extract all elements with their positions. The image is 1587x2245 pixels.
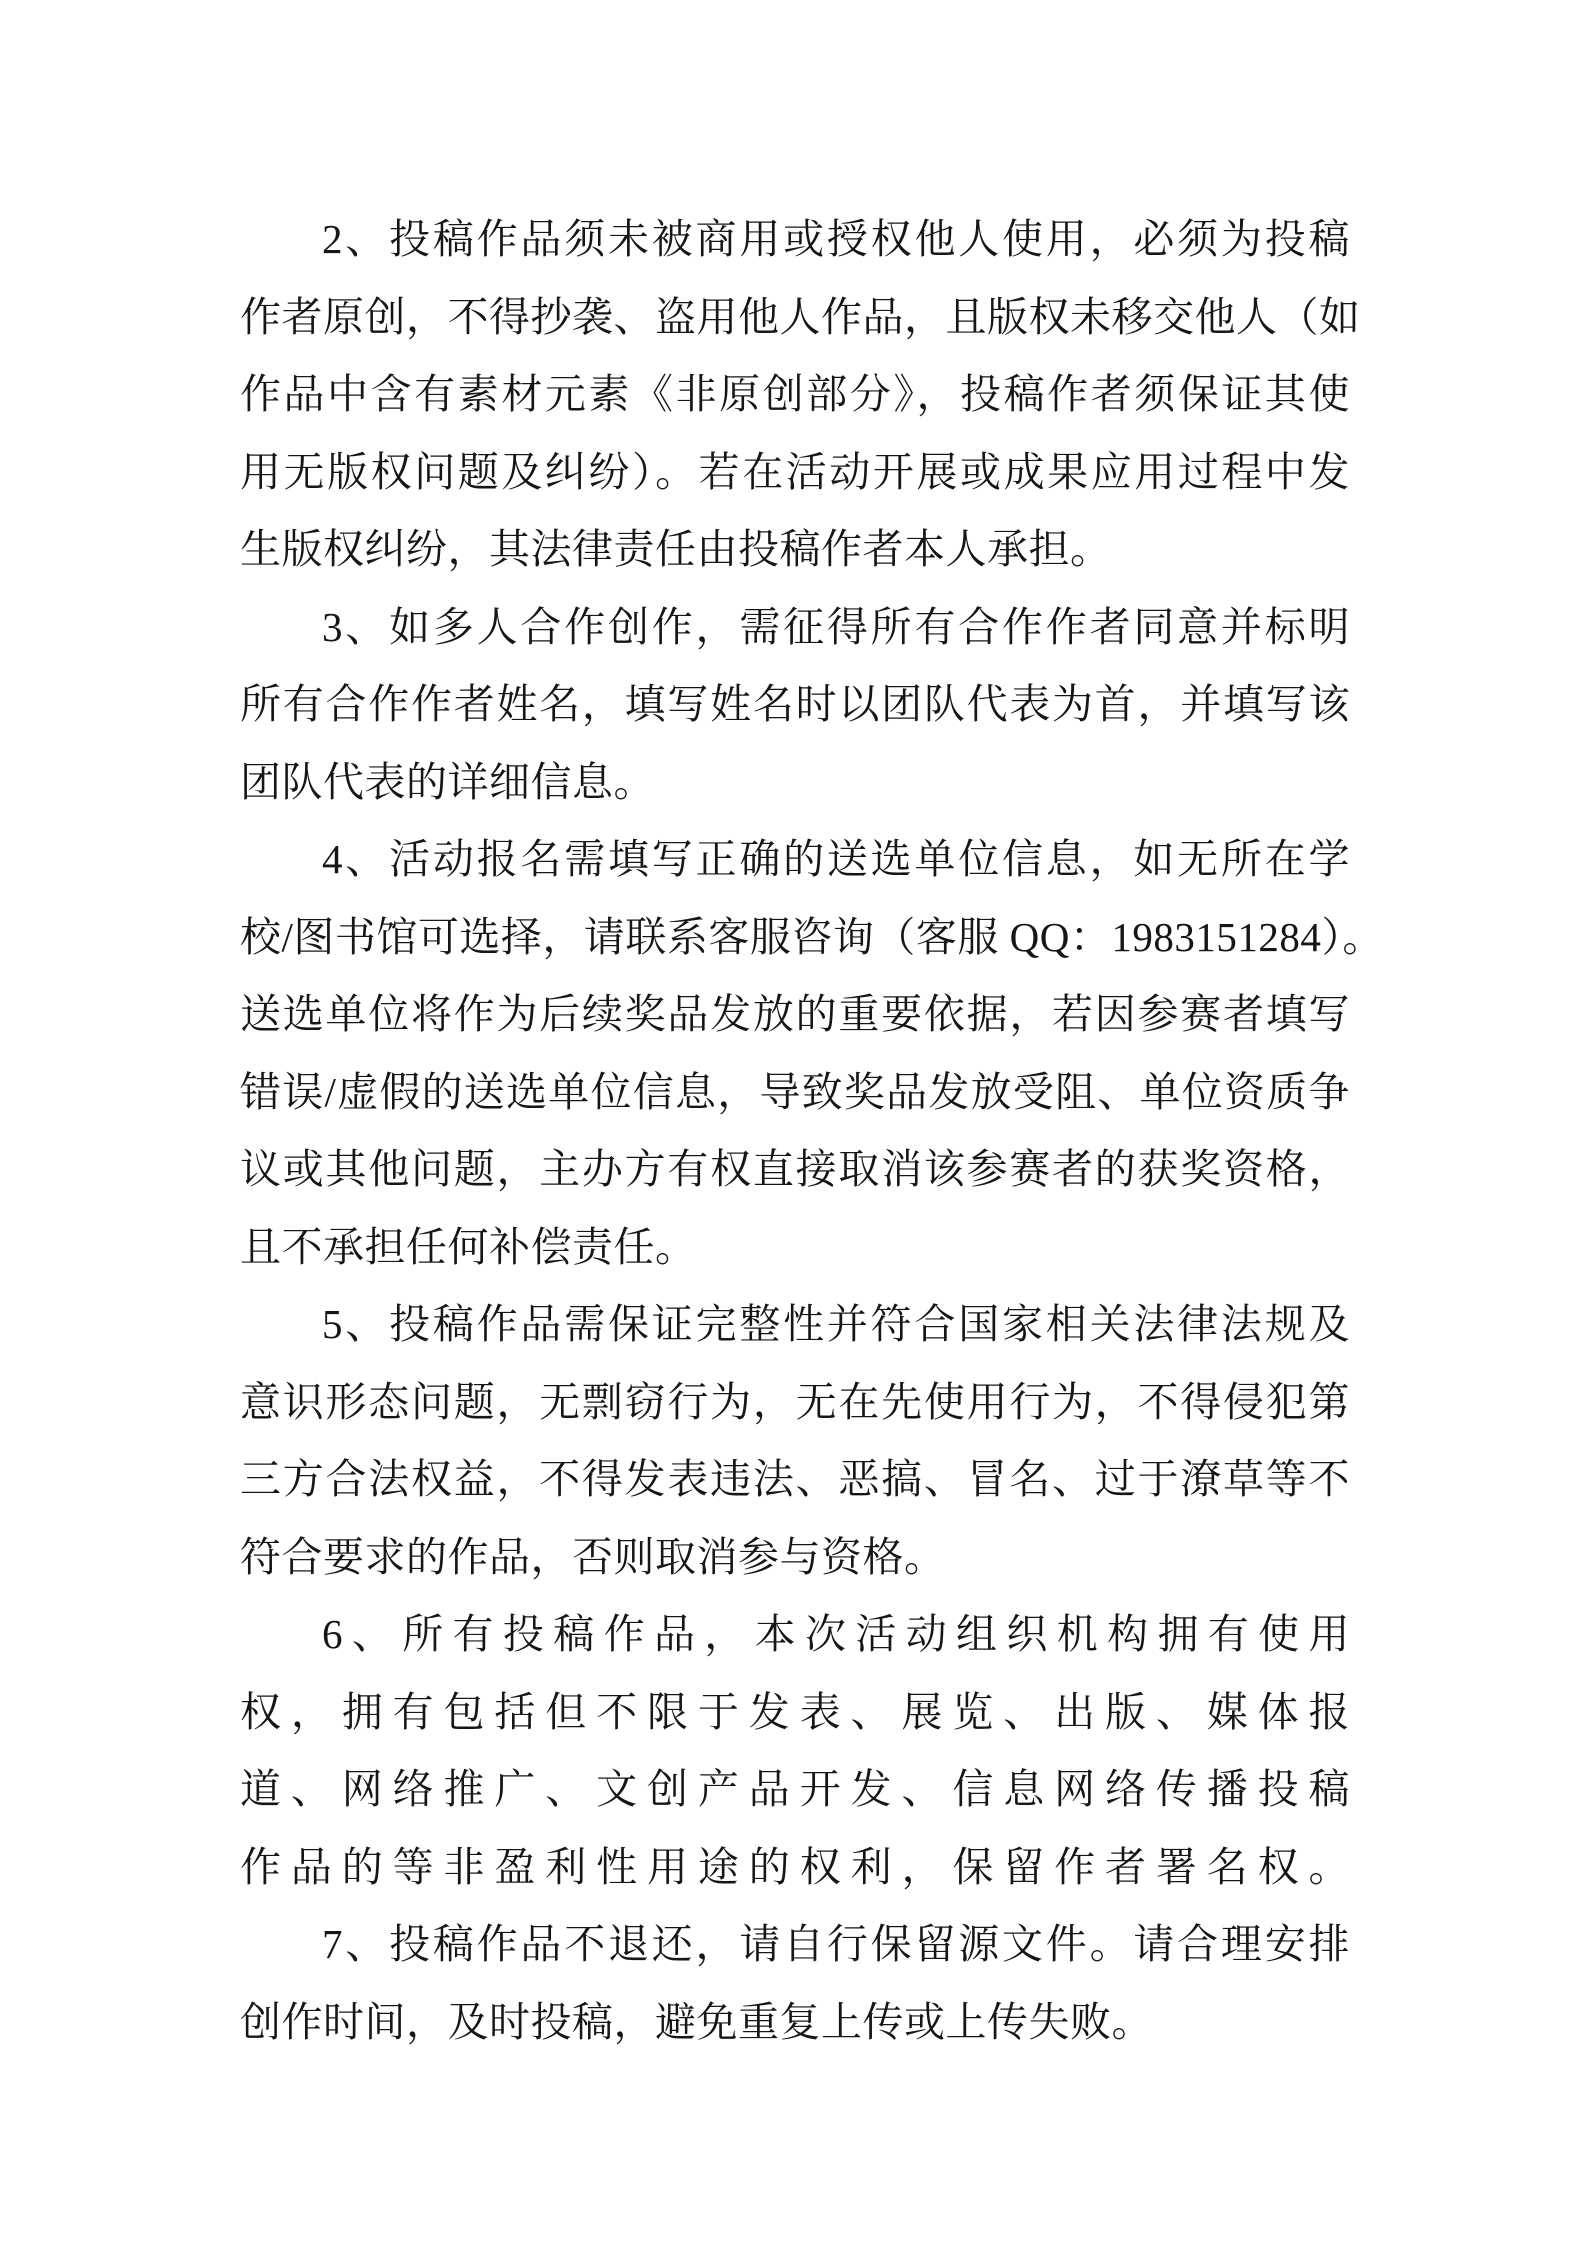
text-line: 4、活动报名需填写正确的送选单位信息，如无所在学	[240, 821, 1350, 899]
text-line: 团队代表的详细信息。	[240, 744, 1350, 822]
document-body: 2、投稿作品须未被商用或授权他人使用，必须为投稿作者原创，不得抄袭、盗用他人作品…	[240, 201, 1350, 2061]
text-line: 作品的等非盈利性用途的权利，保留作者署名权。	[240, 1829, 1350, 1907]
text-line: 权，拥有包括但不限于发表、展览、出版、媒体报	[240, 1674, 1350, 1752]
paragraph-4: 4、活动报名需填写正确的送选单位信息，如无所在学校/图书馆可选择，请联系客服咨询…	[240, 821, 1350, 1286]
text-line: 2、投稿作品须未被商用或授权他人使用，必须为投稿	[240, 201, 1350, 279]
text-line: 意识形态问题，无剽窃行为，无在先使用行为，不得侵犯第	[240, 1364, 1350, 1442]
text-line: 作者原创，不得抄袭、盗用他人作品，且版权未移交他人（如	[240, 279, 1350, 357]
paragraph-2: 2、投稿作品须未被商用或授权他人使用，必须为投稿作者原创，不得抄袭、盗用他人作品…	[240, 201, 1350, 589]
paragraph-5: 5、投稿作品需保证完整性并符合国家相关法律法规及意识形态问题，无剽窃行为，无在先…	[240, 1286, 1350, 1596]
text-line: 6、所有投稿作品，本次活动组织机构拥有使用	[240, 1596, 1350, 1674]
text-line: 送选单位将作为后续奖品发放的重要依据，若因参赛者填写	[240, 976, 1350, 1054]
paragraph-6: 6、所有投稿作品，本次活动组织机构拥有使用权，拥有包括但不限于发表、展览、出版、…	[240, 1596, 1350, 1906]
text-line: 用无版权问题及纠纷）。若在活动开展或成果应用过程中发	[240, 434, 1350, 512]
text-line: 符合要求的作品，否则取消参与资格。	[240, 1519, 1350, 1597]
text-line: 议或其他问题，主办方有权直接取消该参赛者的获奖资格，	[240, 1131, 1350, 1209]
text-line: 所有合作作者姓名，填写姓名时以团队代表为首，并填写该	[240, 666, 1350, 744]
paragraph-7: 7、投稿作品不退还，请自行保留源文件。请合理安排创作时间，及时投稿，避免重复上传…	[240, 1906, 1350, 2061]
text-line: 三方合法权益，不得发表违法、恶搞、冒名、过于潦草等不	[240, 1441, 1350, 1519]
text-line: 道、网络推广、文创产品开发、信息网络传播投稿	[240, 1751, 1350, 1829]
text-line: 3、如多人合作创作，需征得所有合作作者同意并标明	[240, 589, 1350, 667]
text-line: 创作时间，及时投稿，避免重复上传或上传失败。	[240, 1984, 1350, 2062]
text-line: 生版权纠纷，其法律责任由投稿作者本人承担。	[240, 511, 1350, 589]
document-page: 2、投稿作品须未被商用或授权他人使用，必须为投稿作者原创，不得抄袭、盗用他人作品…	[0, 0, 1587, 2245]
text-line: 且不承担任何补偿责任。	[240, 1209, 1350, 1287]
text-line: 校/图书馆可选择，请联系客服咨询（客服 QQ：1983151284）。	[240, 899, 1350, 977]
text-line: 错误/虚假的送选单位信息，导致奖品发放受阻、单位资质争	[240, 1054, 1350, 1132]
paragraph-3: 3、如多人合作创作，需征得所有合作作者同意并标明所有合作作者姓名，填写姓名时以团…	[240, 589, 1350, 822]
text-line: 作品中含有素材元素《非原创部分》，投稿作者须保证其使	[240, 356, 1350, 434]
text-line: 5、投稿作品需保证完整性并符合国家相关法律法规及	[240, 1286, 1350, 1364]
text-line: 7、投稿作品不退还，请自行保留源文件。请合理安排	[240, 1906, 1350, 1984]
